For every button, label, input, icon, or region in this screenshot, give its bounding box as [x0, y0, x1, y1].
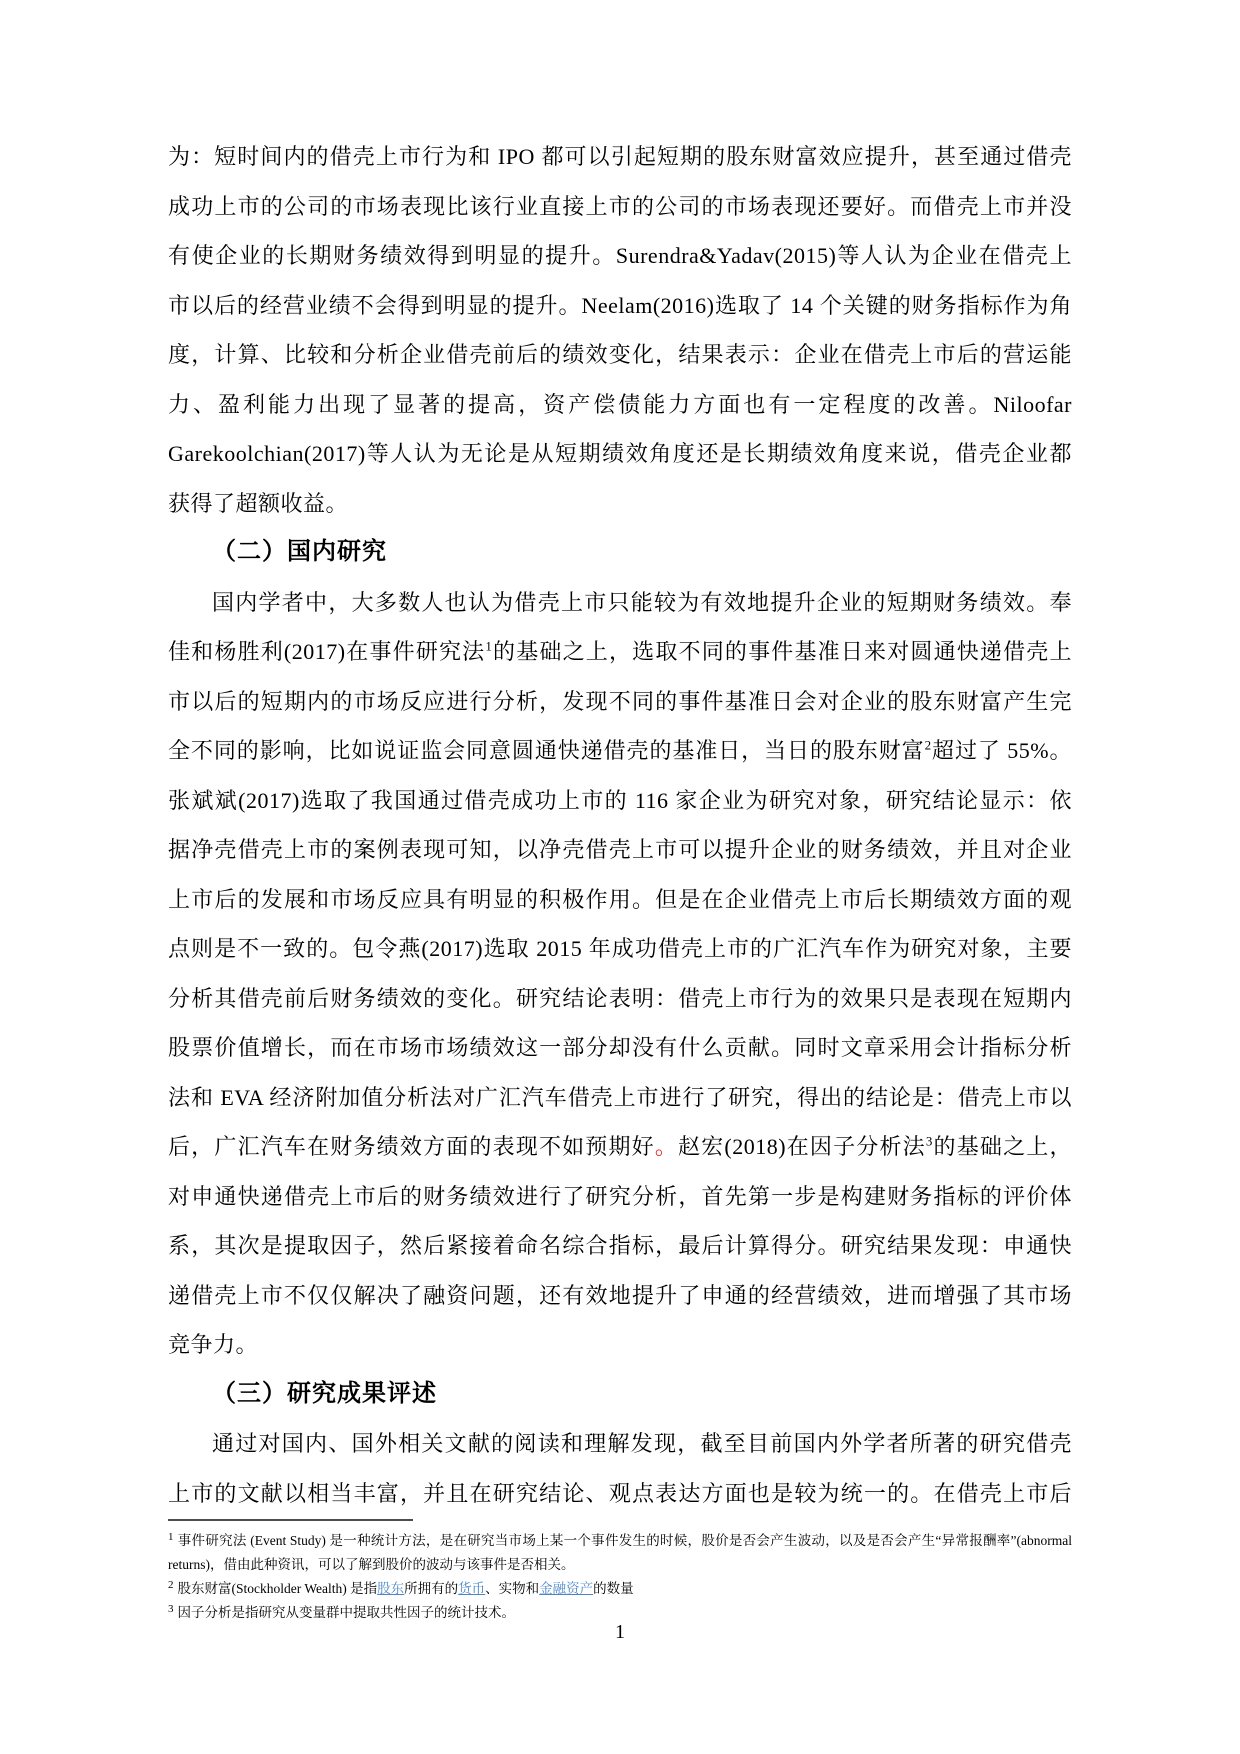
footnote-marker: 2	[168, 1579, 174, 1591]
text-run: 通过对国内、国外相关文献的阅读和理解发现，截至目前国内外学者所著的研究借壳	[212, 1431, 1072, 1456]
document-body: 为：短时间内的借壳上市行为和 IPO 都可以引起短期的股东财富效应提升，甚至通过…	[168, 132, 1072, 1518]
text-run: 市以后的短期内的市场反应进行分析，发现不同的事件基准日会对企业的股东财富产生完	[168, 689, 1072, 714]
footnote-marker: 1	[168, 1531, 174, 1543]
text-run: 为：短时间内的借壳上市行为和 IPO 都可以引起短期的股东财富效应提升，甚至通过…	[168, 144, 1072, 169]
text-line: 为：短时间内的借壳上市行为和 IPO 都可以引起短期的股东财富效应提升，甚至通过…	[168, 132, 1072, 182]
text-run: 事件研究法 (Event Study) 是一种统计方法，是在研究当市场上某一个事…	[168, 1533, 1072, 1572]
text-line: 度，计算、比较和分析企业借壳前后的绩效变化，结果表示：企业在借壳上市后的营运能	[168, 330, 1072, 380]
text-run: 赵宏(2018)在因子分析法	[678, 1134, 926, 1159]
text-run: 有使企业的长期财务绩效得到明显的提升。Surendra&Yadav(2015)等…	[168, 243, 1072, 268]
text-run: 法和 EVA 经济附加值分析法对广汇汽车借壳上市进行了研究，得出的结论是：借壳上…	[168, 1085, 1072, 1110]
heading-research-review: （三）研究成果评述	[168, 1370, 1072, 1420]
text-run: 分析其借壳前后财务绩效的变化。研究结论表明：借壳上市行为的效果只是表现在短期内	[168, 986, 1072, 1011]
text-run: 的数量	[593, 1581, 634, 1596]
text-run: 全不同的影响，比如说证监会同意圆通快递借壳的基准日，当日的股东财富	[168, 738, 925, 763]
footnote-link[interactable]: 股东	[377, 1581, 404, 1596]
text-line: 佳和杨胜利(2017)在事件研究法1的基础之上，选取不同的事件基准日来对圆通快递…	[168, 627, 1072, 677]
text-run: 、实物和	[485, 1581, 539, 1596]
text-run: 的基础之上，选取不同的事件基准日来对圆通快递借壳上	[492, 639, 1072, 664]
text-run: 股东财富(Stockholder Wealth) 是指	[178, 1581, 378, 1596]
text-run: 对申通快递借壳上市后的财务绩效进行了研究分析，首先第一步是构建财务指标的评价体	[168, 1184, 1072, 1209]
text-line: 张斌斌(2017)选取了我国通过借壳成功上市的 116 家企业为研究对象，研究结…	[168, 776, 1072, 826]
footnote-marker: 3	[168, 1603, 174, 1615]
text-run: 度，计算、比较和分析企业借壳前后的绩效变化，结果表示：企业在借壳上市后的营运能	[168, 342, 1072, 367]
text-line: 后，广汇汽车在财务绩效方面的表现不如预期好。赵宏(2018)在因子分析法3的基础…	[168, 1122, 1072, 1172]
text-run: 递借壳上市不仅仅解决了融资问题，还有效地提升了申通的经营绩效，进而增强了其市场	[168, 1283, 1072, 1308]
text-line: 国内学者中，大多数人也认为借壳上市只能较为有效地提升企业的短期财务绩效。奉	[168, 578, 1072, 628]
text-run: 成功上市的公司的市场表现比该行业直接上市的公司的市场表现还要好。而借壳上市并没	[168, 194, 1072, 219]
text-line: 竞争力。	[168, 1320, 1072, 1370]
text-run: 股票价值增长，而在市场市场绩效这一部分却没有什么贡献。同时文章采用会计指标分析	[168, 1035, 1072, 1060]
text-run: 超过了 55%。	[932, 738, 1072, 763]
text-line: 系，其次是提取因子，然后紧接着命名综合指标，最后计算得分。研究结果发现：申通快	[168, 1221, 1072, 1271]
text-run: 国内学者中，大多数人也认为借壳上市只能较为有效地提升企业的短期财务绩效。奉	[212, 590, 1072, 615]
text-line: 分析其借壳前后财务绩效的变化。研究结论表明：借壳上市行为的效果只是表现在短期内	[168, 974, 1072, 1024]
red-punctuation: 。	[655, 1134, 678, 1159]
footnote-ref: 3	[926, 1134, 933, 1149]
text-run: 的基础之上，	[933, 1134, 1072, 1159]
text-run: 佳和杨胜利(2017)在事件研究法	[168, 639, 485, 664]
text-run: 后，广汇汽车在财务绩效方面的表现不如预期好	[168, 1134, 655, 1159]
text-run: 点则是不一致的。包令燕(2017)选取 2015 年成功借壳上市的广汇汽车作为研…	[168, 936, 1072, 961]
text-run: 所拥有的	[404, 1581, 458, 1596]
page-number: 1	[0, 1618, 1240, 1646]
footnote: 1事件研究法 (Event Study) 是一种统计方法，是在研究当市场上某一个…	[168, 1529, 1072, 1577]
text-line: 全不同的影响，比如说证监会同意圆通快递借壳的基准日，当日的股东财富2超过了 55…	[168, 726, 1072, 776]
text-line: 上市后的发展和市场反应具有明显的积极作用。但是在企业借壳上市后长期绩效方面的观	[168, 875, 1072, 925]
text-line: 上市的文献以相当丰富，并且在研究结论、观点表达方面也是较为统一的。在借壳上市后	[168, 1469, 1072, 1519]
footnote-ref: 2	[925, 738, 932, 753]
text-line: Garekoolchian(2017)等人认为无论是从短期绩效角度还是长期绩效角…	[168, 429, 1072, 479]
text-run: 上市的文献以相当丰富，并且在研究结论、观点表达方面也是较为统一的。在借壳上市后	[168, 1481, 1072, 1506]
text-line: 获得了超额收益。	[168, 479, 1072, 529]
text-line: 力、盈利能力出现了显著的提高，资产偿债能力方面也有一定程度的改善。Niloofa…	[168, 380, 1072, 430]
text-run: 张斌斌(2017)选取了我国通过借壳成功上市的 116 家企业为研究对象，研究结…	[168, 788, 1072, 813]
text-line: 有使企业的长期财务绩效得到明显的提升。Surendra&Yadav(2015)等…	[168, 231, 1072, 281]
text-run: 市以后的经营业绩不会得到明显的提升。Neelam(2016)选取了 14 个关键…	[168, 293, 1072, 318]
text-run: 获得了超额收益。	[168, 491, 348, 516]
text-run: 竞争力。	[168, 1332, 258, 1357]
paragraph-domestic-research: 国内学者中，大多数人也认为借壳上市只能较为有效地提升企业的短期财务绩效。奉佳和杨…	[168, 578, 1072, 1370]
footnote-link[interactable]: 金融资产	[539, 1581, 593, 1596]
text-line: 点则是不一致的。包令燕(2017)选取 2015 年成功借壳上市的广汇汽车作为研…	[168, 924, 1072, 974]
footnote-list: 1事件研究法 (Event Study) 是一种统计方法，是在研究当市场上某一个…	[168, 1529, 1072, 1625]
text-run: Garekoolchian(2017)等人认为无论是从短期绩效角度还是长期绩效角…	[168, 441, 1072, 466]
paragraph-foreign-research-tail: 为：短时间内的借壳上市行为和 IPO 都可以引起短期的股东财富效应提升，甚至通过…	[168, 132, 1072, 528]
footnote: 2股东财富(Stockholder Wealth) 是指股东所拥有的货币、实物和…	[168, 1577, 1072, 1601]
text-line: 法和 EVA 经济附加值分析法对广汇汽车借壳上市进行了研究，得出的结论是：借壳上…	[168, 1073, 1072, 1123]
paragraph-research-review: 通过对国内、国外相关文献的阅读和理解发现，截至目前国内外学者所著的研究借壳上市的…	[168, 1419, 1072, 1518]
text-line: 股票价值增长，而在市场市场绩效这一部分却没有什么贡献。同时文章采用会计指标分析	[168, 1023, 1072, 1073]
heading-domestic-research: （二）国内研究	[168, 528, 1072, 578]
text-run: 上市后的发展和市场反应具有明显的积极作用。但是在企业借壳上市后长期绩效方面的观	[168, 887, 1072, 912]
document-page: 为：短时间内的借壳上市行为和 IPO 都可以引起短期的股东财富效应提升，甚至通过…	[0, 0, 1240, 1754]
text-line: 市以后的经营业绩不会得到明显的提升。Neelam(2016)选取了 14 个关键…	[168, 281, 1072, 331]
text-line: 对申通快递借壳上市后的财务绩效进行了研究分析，首先第一步是构建财务指标的评价体	[168, 1172, 1072, 1222]
text-line: 市以后的短期内的市场反应进行分析，发现不同的事件基准日会对企业的股东财富产生完	[168, 677, 1072, 727]
text-run: 据净壳借壳上市的案例表现可知，以净壳借壳上市可以提升企业的财务绩效，并且对企业	[168, 837, 1072, 862]
text-run: 系，其次是提取因子，然后紧接着命名综合指标，最后计算得分。研究结果发现：申通快	[168, 1233, 1072, 1258]
footnotes-area: 1事件研究法 (Event Study) 是一种统计方法，是在研究当市场上某一个…	[168, 1519, 1072, 1625]
text-line: 据净壳借壳上市的案例表现可知，以净壳借壳上市可以提升企业的财务绩效，并且对企业	[168, 825, 1072, 875]
text-line: 通过对国内、国外相关文献的阅读和理解发现，截至目前国内外学者所著的研究借壳	[168, 1419, 1072, 1469]
text-line: 成功上市的公司的市场表现比该行业直接上市的公司的市场表现还要好。而借壳上市并没	[168, 182, 1072, 232]
text-run: 力、盈利能力出现了显著的提高，资产偿债能力方面也有一定程度的改善。Niloofa…	[168, 392, 1072, 417]
footnote-separator	[168, 1519, 413, 1521]
footnote-link[interactable]: 货币	[458, 1581, 485, 1596]
text-line: 递借壳上市不仅仅解决了融资问题，还有效地提升了申通的经营绩效，进而增强了其市场	[168, 1271, 1072, 1321]
